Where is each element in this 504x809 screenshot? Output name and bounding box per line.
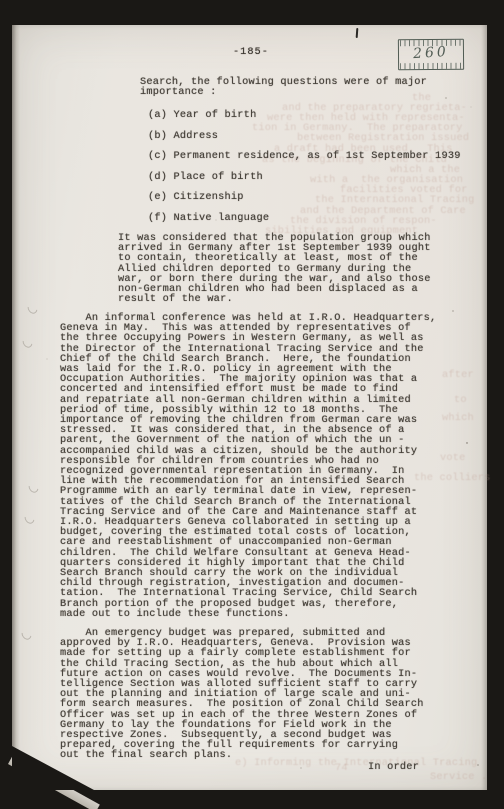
pencil-mark <box>23 511 37 525</box>
bleedthrough-text: after <box>442 370 474 380</box>
pencil-mark <box>27 480 41 494</box>
bleedthrough-text: to <box>454 395 467 405</box>
question-list: (a) Year of birth (b) Address (c) Perman… <box>148 105 461 228</box>
pencil-mark <box>20 627 34 641</box>
scanned-archive-page: { "colors": { "paper": "#eae7e1", "ink":… <box>0 0 504 809</box>
pencil-mark <box>26 301 40 315</box>
document-page: theand the preparatory regrieta-were the… <box>12 25 487 790</box>
pencil-mark <box>21 335 35 349</box>
catchword: In order <box>368 762 419 772</box>
bleedthrough-text: vote <box>440 453 466 463</box>
paper-specks <box>12 25 14 27</box>
page-number: -185- <box>233 47 269 57</box>
archive-stamp: 260 <box>398 39 464 71</box>
pen-mark <box>356 28 358 38</box>
intro-text: Search, the following questions were of … <box>140 77 427 97</box>
bleedthrough-text: which <box>442 413 474 423</box>
bleedthrough-text: Service . <box>430 772 487 782</box>
conference-paragraph: An informal conference was held at I.R.O… <box>60 313 436 619</box>
considered-paragraph: It was considered that the population gr… <box>118 233 431 304</box>
stamp-number: 260 <box>399 43 464 63</box>
budget-paragraph: An emergency budget was prepared, submit… <box>60 628 424 761</box>
